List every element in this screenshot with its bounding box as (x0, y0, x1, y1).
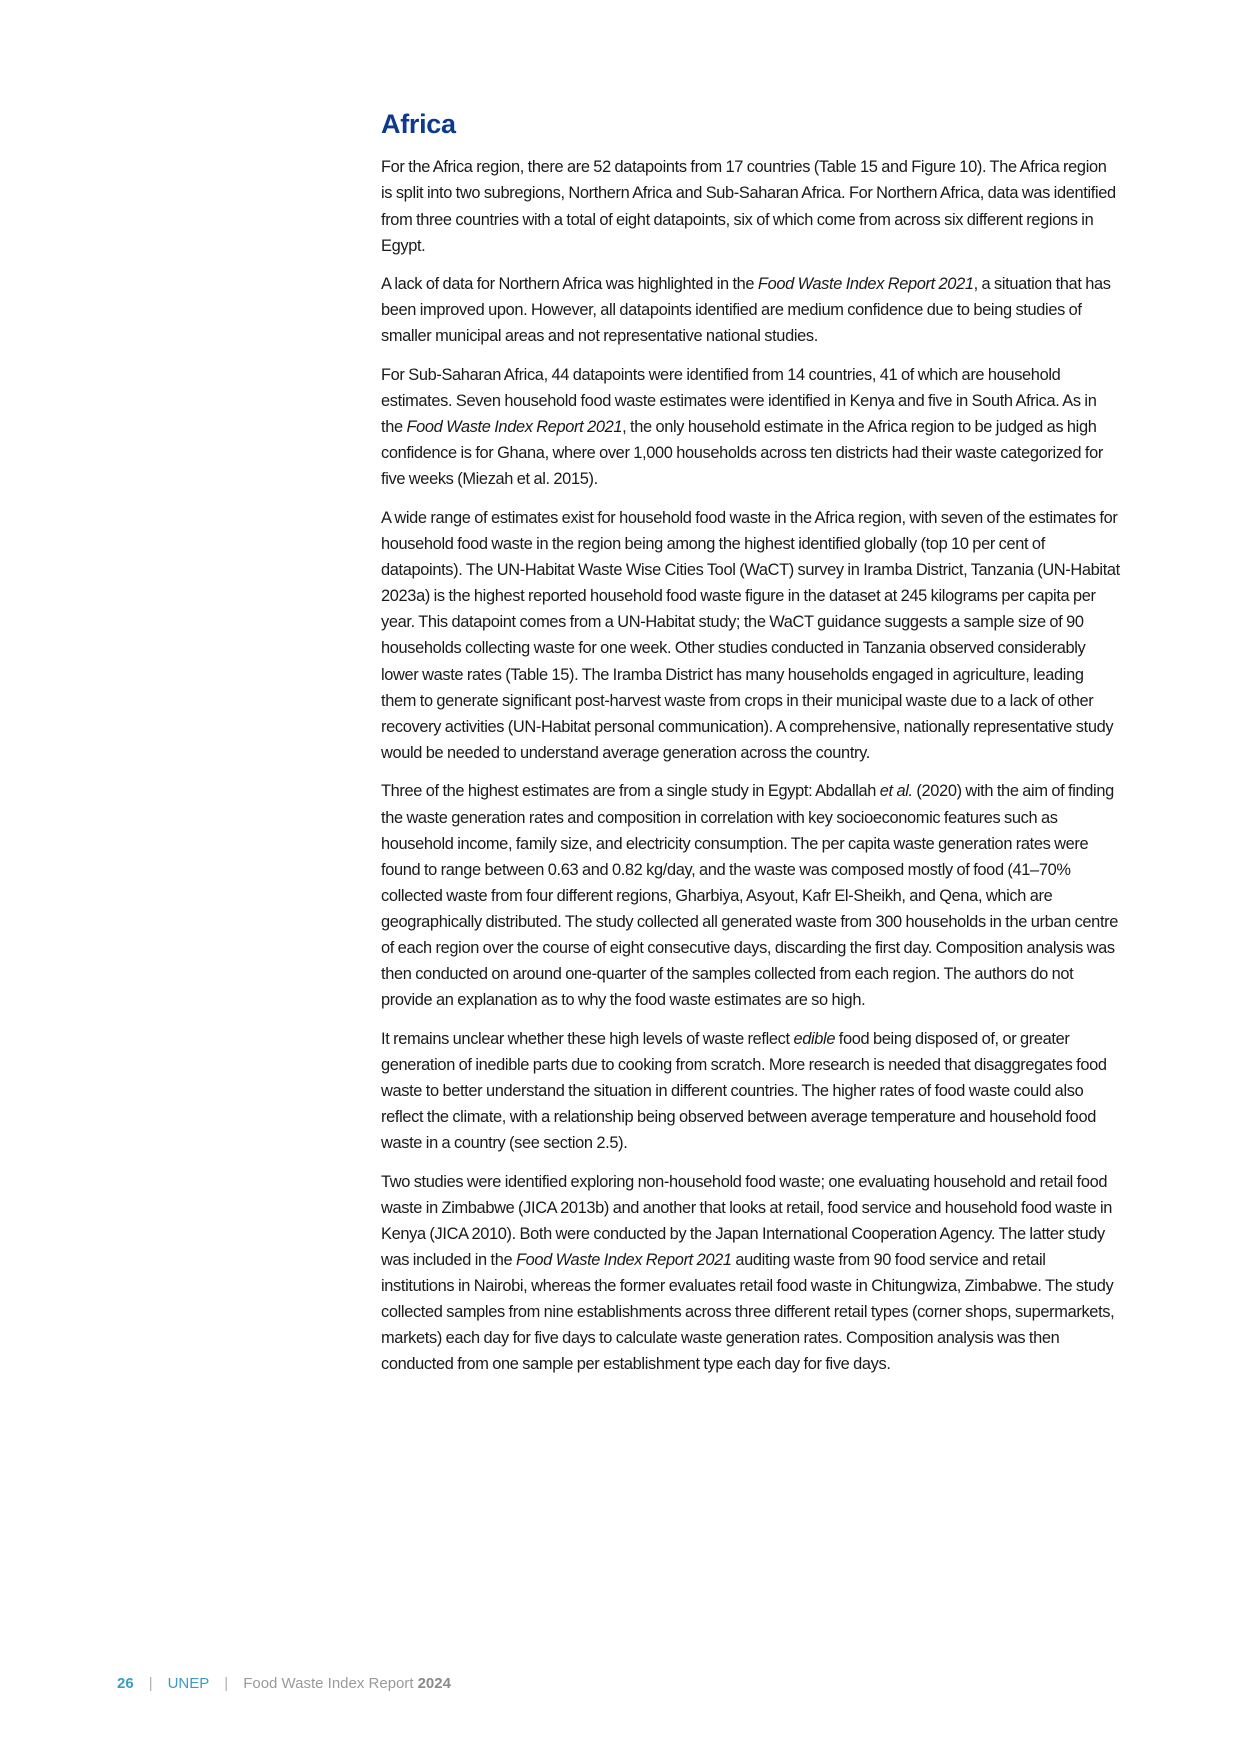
paragraph-non-household-studies: Two studies were identified exploring no… (381, 1169, 1121, 1378)
paragraph-text: Three of the highest estimates are from … (381, 782, 880, 800)
emphasis-edible: edible (793, 1030, 835, 1048)
report-title-citation: Food Waste Index Report 2021 (758, 275, 974, 293)
report-title: Food Waste Index Report (243, 1675, 413, 1692)
page-number: 26 (117, 1675, 134, 1692)
paragraph-text: For the Africa region, there are 52 data… (381, 158, 1116, 254)
paragraph-text: auditing waste from 90 food service and … (381, 1251, 1114, 1373)
paragraph-text: (2020) with the aim of finding the waste… (381, 782, 1118, 1009)
footer-separator: | (224, 1675, 228, 1692)
paragraph-text: A wide range of estimates exist for hous… (381, 509, 1120, 762)
paragraph-northern-africa-data: A lack of data for Northern Africa was h… (381, 271, 1121, 349)
paragraph-datapoints-overview: For the Africa region, there are 52 data… (381, 154, 1121, 258)
report-year: 2024 (418, 1675, 451, 1692)
organization-name: UNEP (168, 1675, 210, 1692)
paragraph-edible-food-uncertainty: It remains unclear whether these high le… (381, 1026, 1121, 1156)
paragraph-text: food being disposed of, or greater gener… (381, 1030, 1107, 1152)
paragraph-text: It remains unclear whether these high le… (381, 1030, 793, 1048)
citation-et-al: et al. (880, 782, 913, 800)
paragraph-range-of-estimates: A wide range of estimates exist for hous… (381, 505, 1121, 766)
page-content: Africa For the Africa region, there are … (381, 108, 1121, 1390)
paragraph-sub-saharan-africa: For Sub-Saharan Africa, 44 datapoints we… (381, 362, 1121, 492)
page-footer: 26 | UNEP | Food Waste Index Report 2024 (117, 1675, 451, 1692)
report-title-citation: Food Waste Index Report 2021 (516, 1251, 732, 1269)
section-heading: Africa (381, 108, 1121, 140)
footer-separator: | (149, 1675, 153, 1692)
paragraph-egypt-study: Three of the highest estimates are from … (381, 778, 1121, 1013)
paragraph-text: A lack of data for Northern Africa was h… (381, 275, 758, 293)
report-title-citation: Food Waste Index Report 2021 (406, 418, 622, 436)
